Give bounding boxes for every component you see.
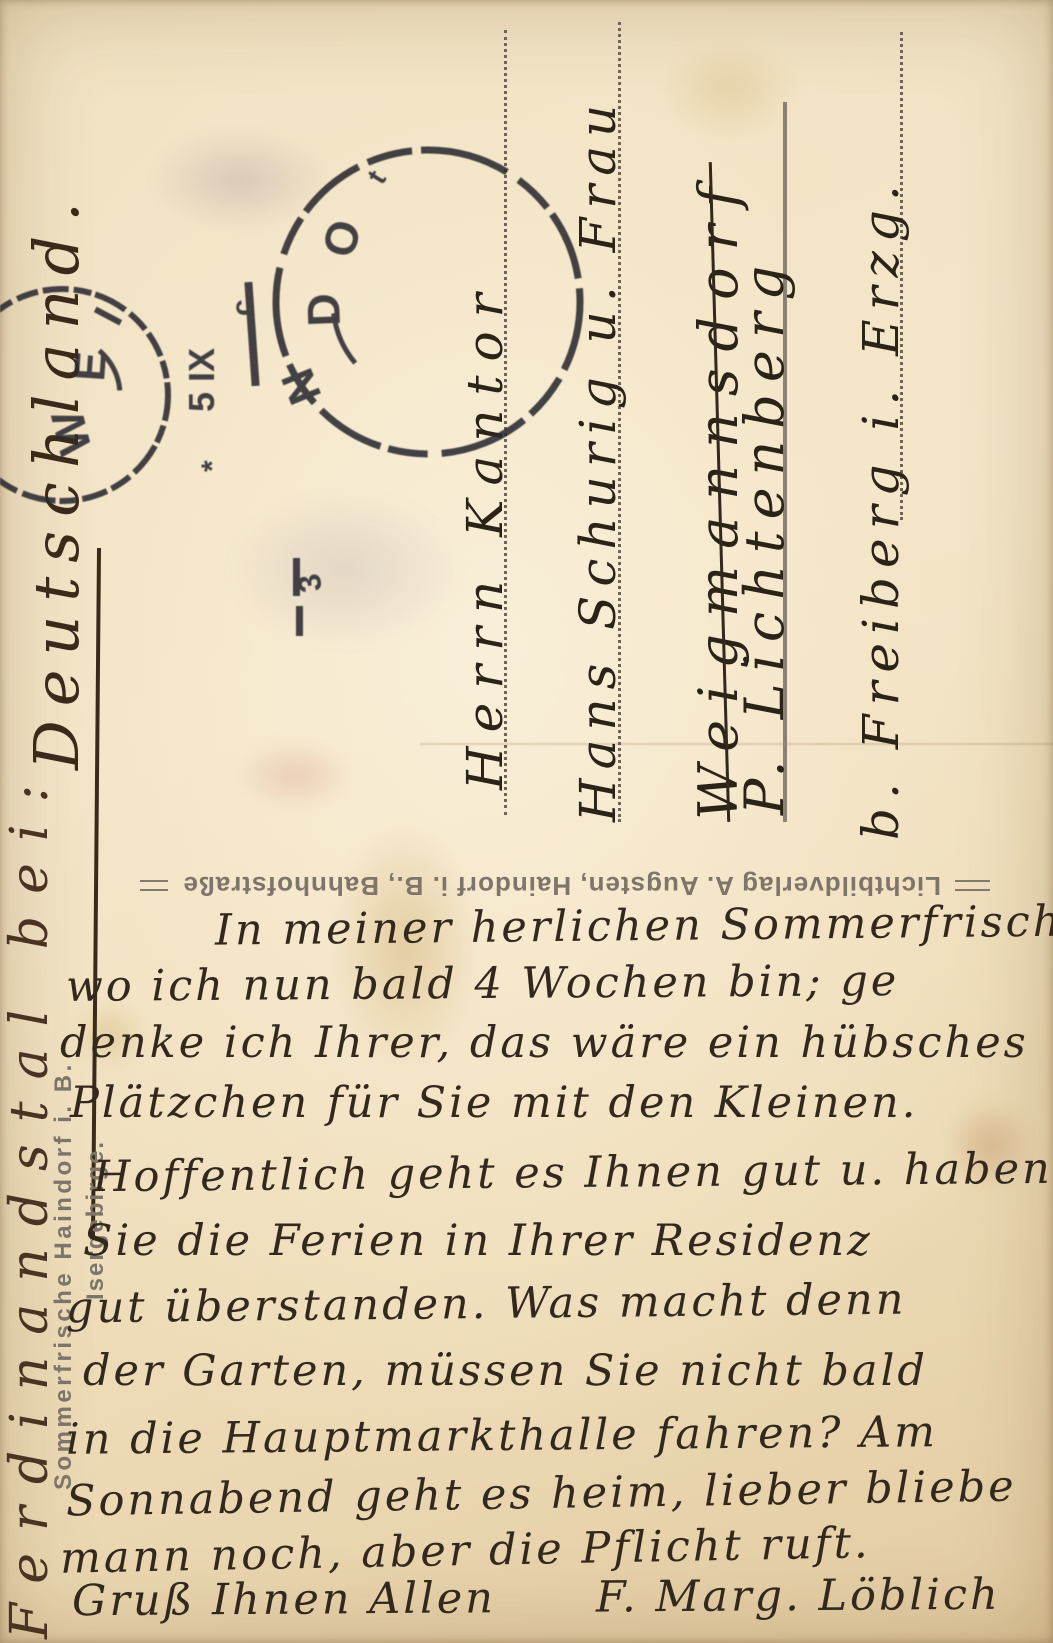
message-line-2: wo ich nun bald 4 Wochen bin; ge	[66, 960, 900, 1009]
annotation-place: Ferdinandstal bei:	[4, 763, 56, 1639]
message-line-5: Hoffentlich geht es Ihnen gut u. haben	[93, 1148, 1053, 1199]
postmark-dash-1	[293, 558, 300, 596]
address-line-district: b. Freiberg i. Erzg.	[856, 176, 906, 840]
postmark-date: 5 IX	[181, 348, 222, 412]
message-line-7: gut überstanden. Was macht denn	[66, 1279, 907, 1331]
message-line-10: Sonnabend geht es heim, lieber bliebe	[66, 1466, 1017, 1524]
postmark-letter-e: E	[65, 350, 116, 383]
postmark-letter-i: I	[84, 300, 131, 332]
address-line-post-town: P. Lichtenberg	[738, 254, 792, 815]
publisher-imprint: Lichtbildverlag A. Augsten, Haindorf i. …	[140, 873, 990, 899]
postmark-bar	[244, 282, 259, 386]
message-line-9: in die Hauptmarkthalle fahren? Am	[66, 1411, 938, 1462]
postmark-letter-o: O	[312, 214, 372, 263]
message-line-6: Sie die Ferien in Ihrer Residenz	[83, 1220, 873, 1263]
imprint-rule-right	[140, 881, 168, 892]
postmark-letter-d: D	[297, 292, 350, 327]
message-line-3: denke ich Ihrer, das wäre ein hübsches	[60, 1022, 1029, 1065]
message-line-1: In meiner herlichen Sommerfrische	[215, 900, 1053, 952]
postmark-letter-t: t	[361, 165, 392, 189]
stain-pink	[235, 740, 355, 810]
postmark-letter-w: W	[41, 405, 102, 460]
postmark: W E I 5 IX * c N D O t 3	[0, 120, 620, 640]
postmark-dash-2	[296, 606, 303, 636]
imprint-rule-left	[955, 881, 990, 892]
postmark-circle-left	[0, 289, 168, 501]
postmark-letter-n: N	[271, 361, 332, 411]
message-line-8: der Garten, müssen Sie nicht bald	[83, 1350, 928, 1393]
message-line-12: Gruß Ihnen Allen F. Marg. Löblich	[72, 1574, 1001, 1623]
postcard-scan: Herrn Kantor Hans Schurig u. Frau Weigma…	[0, 0, 1053, 1643]
message-line-4: Plätzchen für Sie mit den Kleinen.	[70, 1082, 918, 1125]
publisher-imprint-text: Lichtbildverlag A. Augsten, Haindorf i. …	[182, 873, 941, 899]
postmark-asterisk: *	[196, 460, 229, 472]
